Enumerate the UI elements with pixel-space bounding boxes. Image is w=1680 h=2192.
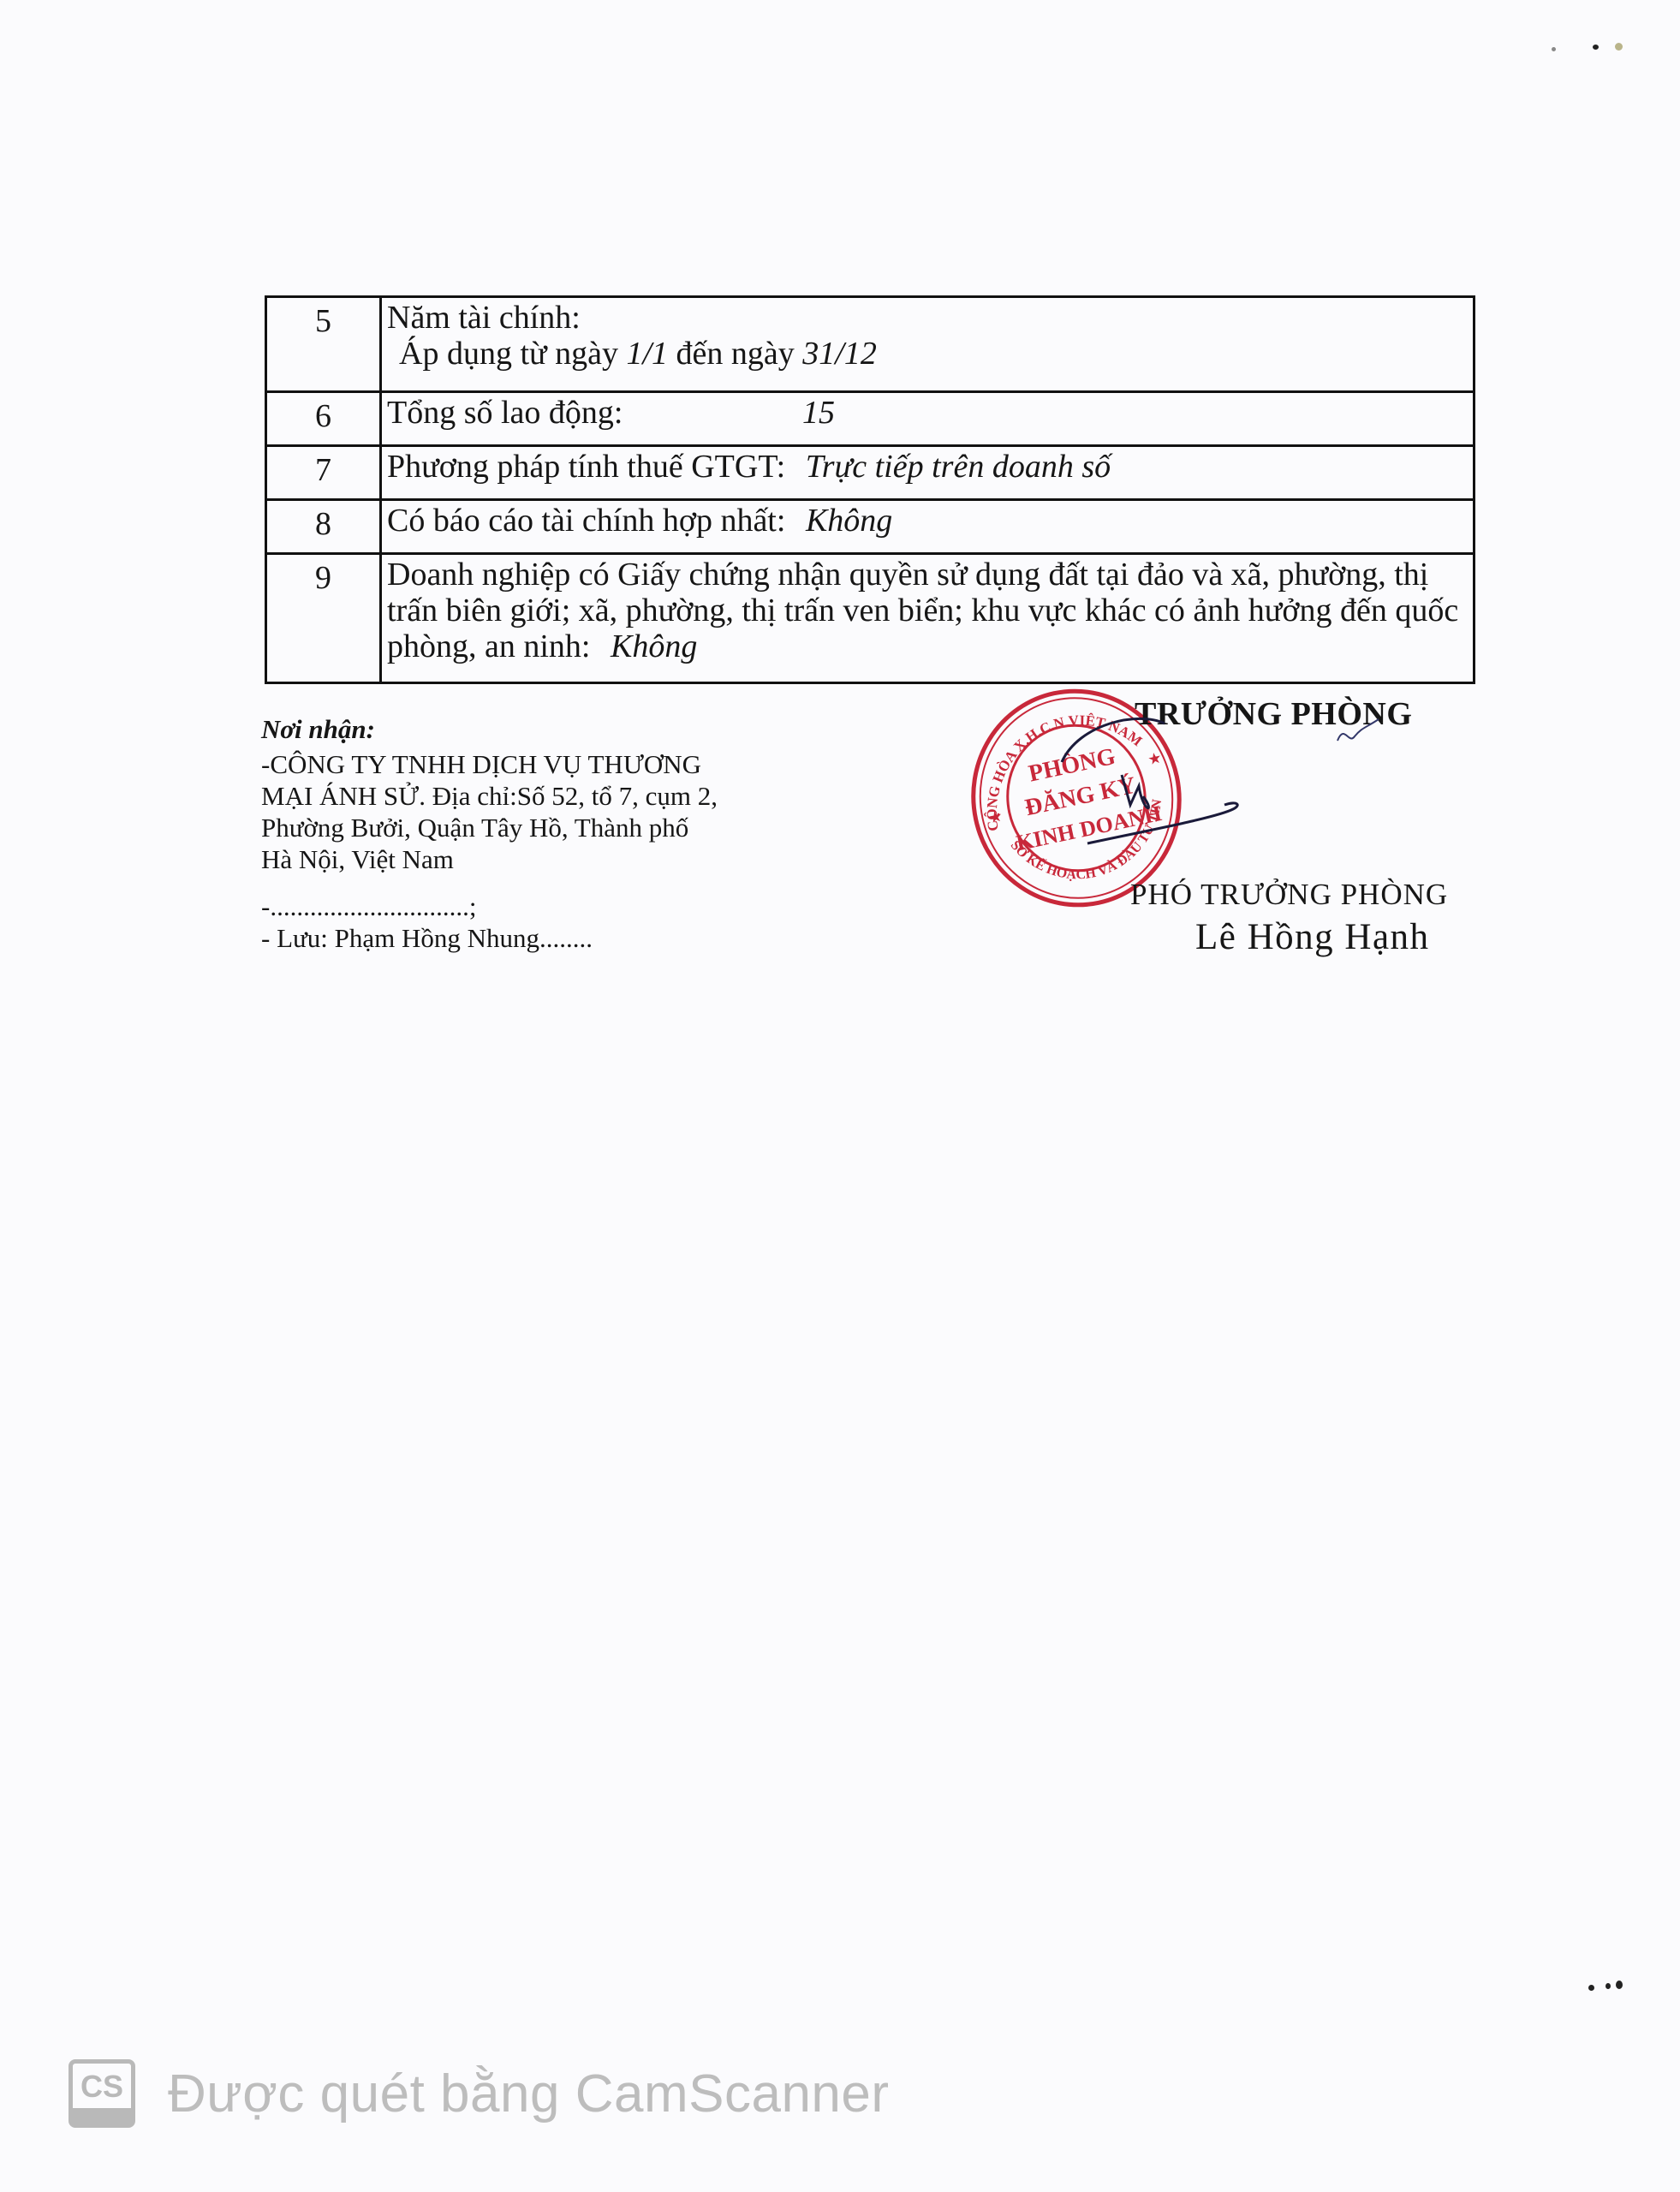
land-certificate-label: Doanh nghiệp có Giấy chứng nhận quyền sử… (387, 557, 1458, 664)
enterprise-info-table: 5 Năm tài chính: Áp dụng từ ngày 1/1 đến… (265, 295, 1475, 684)
scan-speck (1552, 47, 1556, 51)
row-content: Phương pháp tính thuế GTGT: Trực tiếp tr… (381, 446, 1474, 500)
handwritten-signature (959, 676, 1524, 976)
scan-speck (1593, 45, 1599, 50)
range-mid: đến ngày (668, 336, 802, 372)
consolidated-report-label: Có báo cáo tài chính hợp nhất: (387, 503, 785, 539)
signature-block: CỘNG HÒA X.H.C.N VIỆT NAM SỞ KẾ HOẠCH VÀ… (959, 676, 1524, 976)
row-number: 8 (266, 500, 381, 554)
scan-speck (1606, 1983, 1611, 1989)
row-content: Doanh nghiệp có Giấy chứng nhận quyền sử… (381, 554, 1474, 683)
table-row: 5 Năm tài chính: Áp dụng từ ngày 1/1 đến… (266, 297, 1474, 392)
range-prefix: Áp dụng từ ngày (399, 336, 626, 372)
table-row: 7 Phương pháp tính thuế GTGT: Trực tiếp … (266, 446, 1474, 500)
row-content: Tổng số lao động: 15 (381, 392, 1474, 446)
fiscal-year-label: Năm tài chính: (387, 300, 1466, 336)
row-number: 9 (266, 554, 381, 683)
vat-method-label: Phương pháp tính thuế GTGT: (387, 449, 785, 485)
employee-count-value: 15 (802, 395, 835, 431)
table-row: 8 Có báo cáo tài chính hợp nhất: Không (266, 500, 1474, 554)
scan-speck (1615, 43, 1623, 51)
table-row: 9 Doanh nghiệp có Giấy chứng nhận quyền … (266, 554, 1474, 683)
recipients-block: Nơi nhận: -CÔNG TY TNHH DỊCH VỤ THƯƠNG M… (261, 713, 809, 954)
row-content: Có báo cáo tài chính hợp nhất: Không (381, 500, 1474, 554)
consolidated-report-value: Không (806, 503, 892, 539)
land-certificate-value: Không (611, 628, 697, 664)
recipient-line: Phường Bưởi, Quận Tây Hồ, Thành phố (261, 812, 809, 843)
vat-method-value: Trực tiếp trên doanh số (806, 449, 1111, 485)
employee-count-label: Tổng số lao động: (387, 395, 623, 431)
row-number: 6 (266, 392, 381, 446)
camscanner-logo-icon: CS (69, 2059, 135, 2128)
watermark-text: Được quét bằng CamScanner (168, 2064, 890, 2124)
recipient-line: -CÔNG TY TNHH DỊCH VỤ THƯƠNG (261, 748, 809, 780)
camscanner-watermark: CS Được quét bằng CamScanner (69, 2059, 890, 2128)
table-row: 6 Tổng số lao động: 15 (266, 392, 1474, 446)
scan-speck (1588, 1985, 1594, 1991)
recipients-title: Nơi nhận: (261, 713, 809, 745)
row-content: Năm tài chính: Áp dụng từ ngày 1/1 đến n… (381, 297, 1474, 392)
recipient-line: Hà Nội, Việt Nam (261, 843, 809, 875)
recipient-line: -..............................; (261, 890, 809, 922)
range-from: 1/1 (626, 336, 668, 372)
range-to: 31/12 (802, 336, 877, 372)
row-number: 5 (266, 297, 381, 392)
recipient-line: MẠI ÁNH SỬ. Địa chỉ:Số 52, tổ 7, cụm 2, (261, 780, 809, 812)
scan-speck (1616, 1981, 1623, 1989)
fiscal-year-range: Áp dụng từ ngày 1/1 đến ngày 31/12 (387, 336, 877, 372)
archive-line: - Lưu: Phạm Hồng Nhung........ (261, 922, 809, 954)
row-number: 7 (266, 446, 381, 500)
